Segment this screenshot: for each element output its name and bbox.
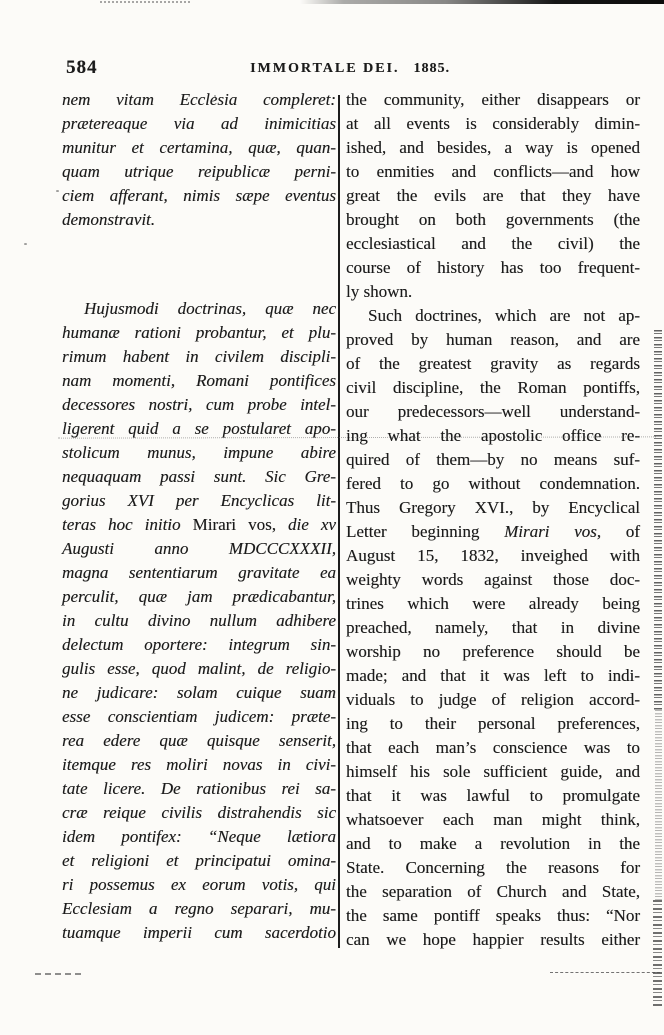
text-line: LetterbeginningMirarivos,of (346, 520, 640, 544)
text-line: feredtogowithoutcondemnation. (346, 472, 640, 496)
text-line: August15,1832,inveighedwith (346, 544, 640, 568)
scan-dash-bottom-right (550, 972, 660, 973)
text-line: worshipnopreferenceshouldbe (346, 640, 640, 664)
text-line: State.Concerningthereasonsfor (346, 856, 640, 880)
text-line: esseconscientiamjudicem:præte- (62, 705, 336, 729)
text-line: ingtotheirpersonalpreferences, (346, 712, 640, 736)
text-line: vidualstojudgeofreligionaccord- (346, 688, 640, 712)
text-line: ofthegreatestgravityasregards (346, 352, 640, 376)
text-line: ingwhattheapostolicofficere- (346, 424, 640, 448)
text-line: reaederequæquisquesenserit, (62, 729, 336, 753)
text-line: courseofhistoryhastoofrequent- (346, 256, 640, 280)
text-line: prætereaqueviaadinimicitias (62, 112, 336, 136)
text-line: quamutriquereipublicæperni- (62, 160, 336, 184)
scan-noise-top-band (300, 0, 664, 4)
text-line: ourpredecessors—wellunderstand- (346, 400, 640, 424)
text-line: thatitwaslawfultopromulgate (346, 784, 640, 808)
text-line: whatsoevereachmanmightthink, (346, 808, 640, 832)
text-line: made;andthatitwaslefttoindi- (346, 664, 640, 688)
text-line: decessoresnostri,cumprobeintel- (62, 393, 336, 417)
text-line: stolicummunus,impuneabire (62, 441, 336, 465)
text-line: humanærationiprobantur,etplu- (62, 321, 336, 345)
running-head-year: 1885. (413, 61, 450, 76)
text-line: munituretcertamina,quæ,quan- (62, 136, 336, 160)
text-line: thateachman’sconsciencewasto (346, 736, 640, 760)
text-line: nammomenti,Romanipontifices (62, 369, 336, 393)
scan-dash-bottom-left (35, 973, 81, 975)
text-line: toenmitiesandconflicts—andhow (346, 160, 640, 184)
text-line: trineswhichwerealreadybeing (346, 592, 640, 616)
running-head: IMMORTALE DEI.1885. (230, 61, 470, 77)
paragraph: Suchdoctrines,whicharenotap-provedbyhuma… (346, 304, 640, 952)
scan-speck (214, 95, 216, 97)
text-line: canwehopehappierresultseither (346, 928, 640, 952)
text-line: greattheevilsarethattheyhave (346, 184, 640, 208)
text-line: andtomakearevolutioninthe (346, 832, 640, 856)
text-line: AugustiannoMDCCCXXXII, (62, 537, 336, 561)
text-line: incultudivinonullumadhibere (62, 609, 336, 633)
text-line: provedbyhumanreason,andare (346, 328, 640, 352)
text-line: himselfhissolesufficientguide,and (346, 760, 640, 784)
text-line: gulisesse,quodmalint,dereligio- (62, 657, 336, 681)
scan-speck (56, 190, 59, 192)
text-line: nejudicare:solamcuiquesuam (62, 681, 336, 705)
text-line: ished,andbesides,awayisopened (346, 136, 640, 160)
scanned-book-page: 584 IMMORTALE DEI.1885. nemvitamEcclesia… (0, 0, 664, 1035)
text-line: delectumoportere:integrumsin- (62, 633, 336, 657)
scan-noise-top-dashes (100, 1, 190, 3)
latin-column: nemvitamEcclesiacompleret:prætereaquevia… (62, 88, 336, 945)
text-line: magnasententiarumgravitateea (62, 561, 336, 585)
text-line: tuamqueimperiicumsacerdotio (62, 921, 336, 945)
text-line: goriusXVIperEncyclicaslit- (62, 489, 336, 513)
paragraph: Hujusmodidoctrinas,quænechumanærationipr… (62, 297, 336, 945)
text-line: ly shown. (346, 280, 640, 304)
text-line: atalleventsisconsiderablydimin- (346, 112, 640, 136)
text-line: preached,namely,thatindivine (346, 616, 640, 640)
text-line: Ecclesiamaregnoseparari,mu- (62, 897, 336, 921)
text-line: theseparationofChurchandState, (346, 880, 640, 904)
text-line: idempontifex:“Nequelætiora (62, 825, 336, 849)
text-line: terashocinitioMirarivos,diexv (62, 513, 336, 537)
text-line: etreligionietprincipatuiomina- (62, 849, 336, 873)
text-line: thecommunity,eitherdisappearsor (346, 88, 640, 112)
text-line: perculit,quæjamprædicabantur, (62, 585, 336, 609)
scan-noise-right-edge (653, 900, 662, 1008)
paragraph: nemvitamEcclesiacompleret:prætereaquevia… (62, 88, 336, 232)
scan-noise-right-edge (654, 330, 662, 710)
text-line: tatelicere.Derationibusreisa- (62, 777, 336, 801)
text-line: ecclesiasticalandthecivil)the (346, 232, 640, 256)
text-line: ripossemusexeorumvotis,qui (62, 873, 336, 897)
paragraph: thecommunity,eitherdisappearsoratalleven… (346, 88, 640, 304)
english-column: thecommunity,eitherdisappearsoratalleven… (346, 88, 640, 952)
page-number: 584 (66, 57, 98, 79)
text-line: rimumhabentincivilemdiscipli- (62, 345, 336, 369)
text-line: nemvitamEcclesiacompleret: (62, 88, 336, 112)
text-line: demonstravit. (62, 208, 336, 232)
scan-speck (24, 243, 27, 245)
text-line: quiredofthem—bynomeanssuf- (346, 448, 640, 472)
text-line: ligerentquidasepostularetapo- (62, 417, 336, 441)
text-line: ciemafferant,nimissæpeeventus (62, 184, 336, 208)
running-head-title: IMMORTALE DEI. (250, 61, 399, 76)
text-line: cræreiquecivilisdistrahendissic (62, 801, 336, 825)
text-line: weightywordsagainstthosedoc- (346, 568, 640, 592)
scan-noise-right-edge (655, 710, 662, 900)
text-line: itemqueresmolirinovasincivi- (62, 753, 336, 777)
text-line: thesamepontiffspeaksthus:“Nor (346, 904, 640, 928)
text-line: civildiscipline,theRomanpontiffs, (346, 376, 640, 400)
text-line: Hujusmodidoctrinas,quænec (62, 297, 336, 321)
text-line: broughtonbothgovernments(the (346, 208, 640, 232)
text-line: nequaquampassisunt.SicGre- (62, 465, 336, 489)
column-divider-rule (338, 95, 340, 948)
text-line: Suchdoctrines,whicharenotap- (346, 304, 640, 328)
text-line: ThusGregoryXVI.,byEncyclical (346, 496, 640, 520)
